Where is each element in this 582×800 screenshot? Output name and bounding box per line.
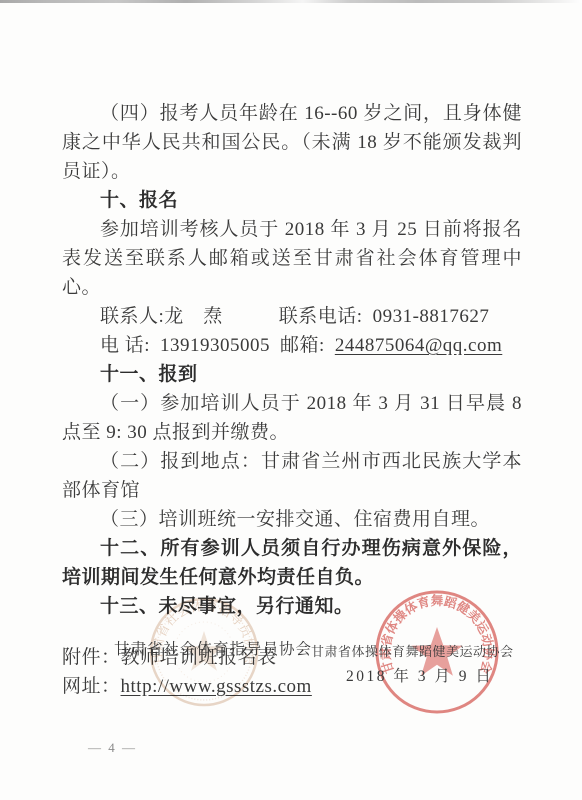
contact-person-name: 龙 焘 xyxy=(164,306,223,327)
phone-label: 电 话: xyxy=(100,335,150,356)
paragraph-section-12: 十二、所有参训人员须自行办理伤病意外保险，培训期间发生任何意外均责任自负。 xyxy=(62,534,522,592)
signature-date: 2018 年 3 月 9 日 xyxy=(346,664,493,686)
contact-line: 联系人:龙 焘联系电话:0931-8817627 xyxy=(62,302,522,331)
contact-tel-value: 0931-8817627 xyxy=(373,306,490,327)
paragraph-item-4: （四）报考人员年龄在 16--60 岁之间，且身体健康之中华人民共和国公民。（未… xyxy=(62,99,522,186)
paragraph-checkin-time: （一）参加培训人员于 2018 年 3 月 31 日早晨 8 点至 9: 30 … xyxy=(62,389,522,447)
signature-left-org: 甘肃省社会体育指导员协会 xyxy=(114,637,312,659)
scan-artifact-top-edge xyxy=(0,0,582,3)
website-label: 网址： xyxy=(62,676,121,697)
email-label: 邮箱: xyxy=(280,335,325,356)
contact-tel-label: 联系电话: xyxy=(279,306,363,327)
scanned-document-page: （四）报考人员年龄在 16--60 岁之间，且身体健康之中华人民共和国公民。（未… xyxy=(0,0,582,800)
attachment-label: 附件： xyxy=(62,647,121,668)
phone-email-line: 电 话:13919305005邮箱:244875064@qq.com xyxy=(62,331,522,360)
phone-value: 13919305005 xyxy=(160,335,270,356)
paragraph-checkin-transport: （三）培训班统一安排交通、住宿费用自理。 xyxy=(62,505,522,534)
paragraph-checkin-place: （二）报到地点：甘肃省兰州市西北民族大学本部体育馆 xyxy=(62,447,522,505)
contact-person-label: 联系人: xyxy=(100,306,164,327)
email-address: 244875064@qq.com xyxy=(335,335,502,356)
heading-section-11: 十一、报到 xyxy=(62,360,522,389)
page-number: — 4 — xyxy=(88,740,137,756)
signature-right-org: 甘肃省体操体育舞蹈健美运动协会 xyxy=(311,641,514,660)
heading-section-10: 十、报名 xyxy=(62,186,522,215)
paragraph-signup: 参加培训考核人员于 2018 年 3 月 25 日前将报名表发送至联系人邮箱或送… xyxy=(62,215,522,302)
